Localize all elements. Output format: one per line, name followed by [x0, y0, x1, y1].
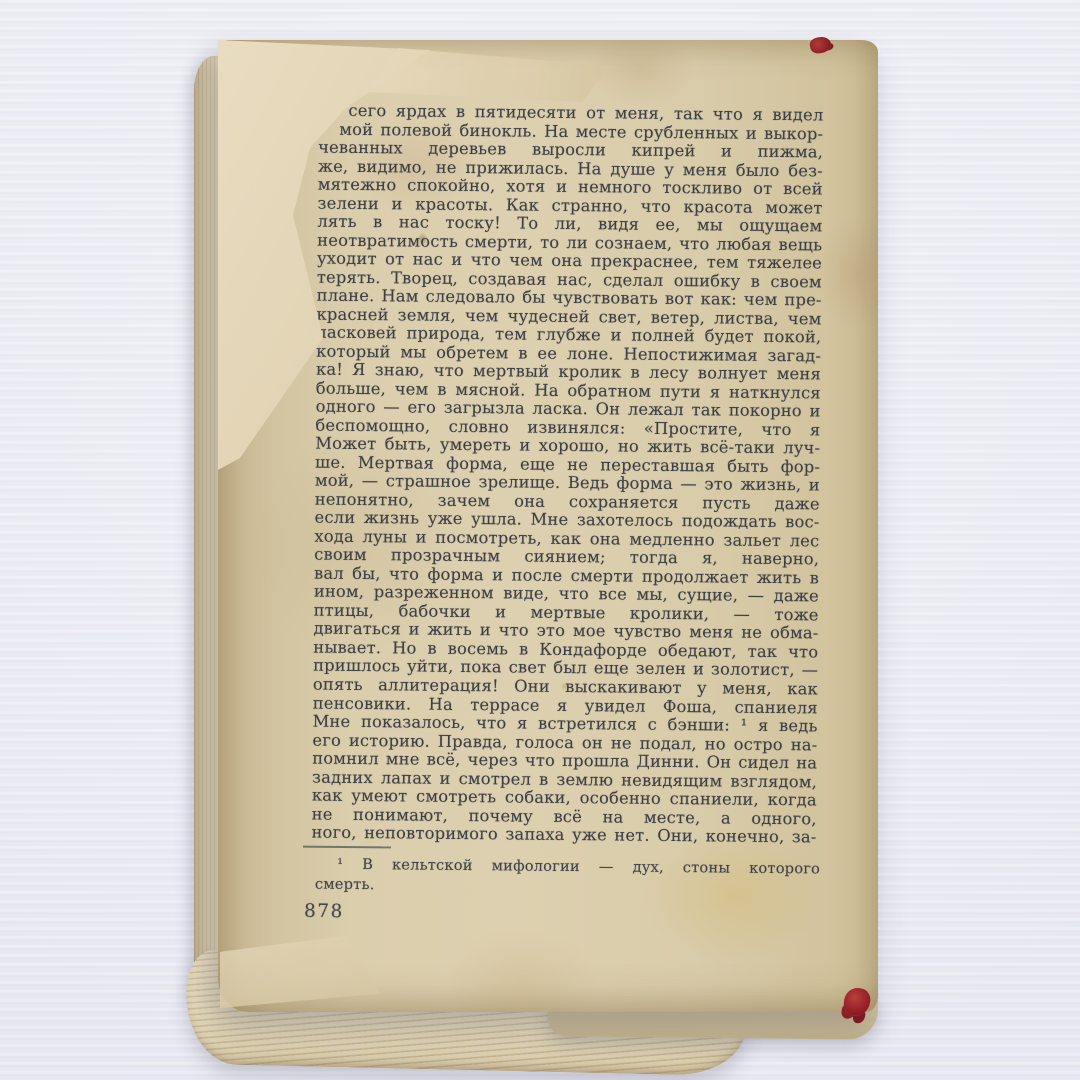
- photo-background: сего ярдах в пятидесяти от меня, так что…: [0, 0, 1080, 1080]
- footnote-separator: [303, 846, 391, 849]
- footnote: ¹ В кельтской мифологии — дух, стоны кот…: [315, 855, 820, 900]
- text-line: ного, неповторимого запаха уже нет. Они,…: [311, 824, 816, 847]
- book-page: сего ярдах в пятидесяти от меня, так что…: [218, 40, 878, 1012]
- book: сего ярдах в пятидесяти от меня, так что…: [218, 40, 878, 1012]
- page-text-block: сего ярдах в пятидесяти от меня, так что…: [311, 102, 823, 847]
- creased-corner-bottom-left: [220, 936, 380, 1008]
- page-number: 878: [304, 901, 344, 922]
- book-cover-corner-top-right: [809, 35, 833, 55]
- torn-paper-flap: [368, 40, 608, 110]
